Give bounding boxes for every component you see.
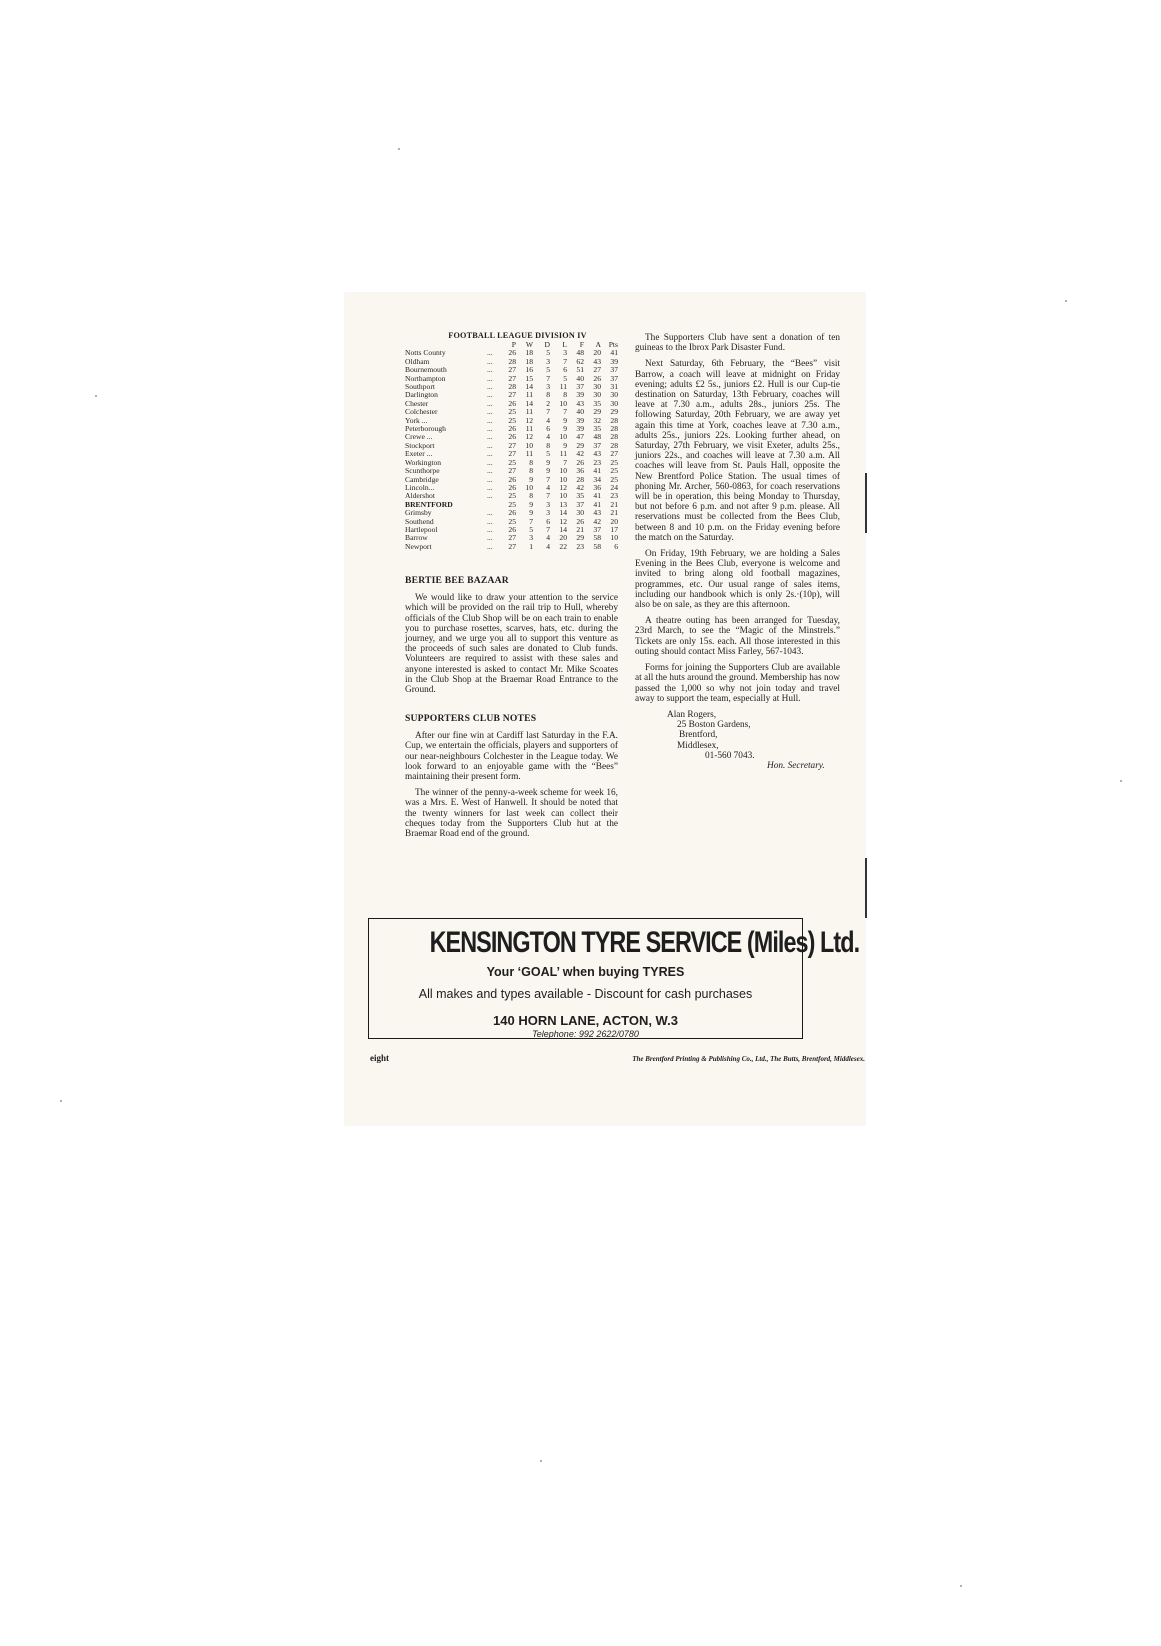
signature-name: Alan Rogers,: [635, 710, 840, 720]
paragraph: A theatre outing has been arranged for T…: [635, 616, 840, 657]
left-column: FOOTBALL LEAGUE DIVISION IV P W D L F A …: [405, 331, 618, 845]
signature-address: Middlesex,: [635, 741, 840, 751]
paragraph: Forms for joining the Supporters Club ar…: [635, 663, 840, 704]
signature-title: Hon. Secretary.: [635, 761, 840, 771]
paragraph: The winner of the penny-a-week scheme fo…: [405, 788, 618, 839]
stat-f: 23: [567, 543, 584, 551]
right-column: The Supporters Club have sent a donation…: [635, 333, 840, 771]
staple-mark: [865, 473, 867, 533]
section-heading: SUPPORTERS CLUB NOTES: [405, 713, 618, 724]
team-name: Newport: [405, 543, 487, 551]
advert-title: KENSINGTON TYRE SERVICE (Miles) Ltd.: [430, 927, 860, 959]
page-number: eight: [370, 1053, 389, 1063]
bertie-bee-bazaar-section: BERTIE BEE BAZAAR We would like to draw …: [405, 575, 618, 695]
league-table-title: FOOTBALL LEAGUE DIVISION IV: [417, 331, 618, 340]
stat-d: 4: [533, 543, 550, 551]
printer-imprint: The Brentford Printing & Publishing Co.,…: [632, 1055, 865, 1063]
stat-p: 27: [499, 543, 516, 551]
stat-a: 58: [584, 543, 601, 551]
stat-l: 22: [550, 543, 567, 551]
paragraph: After our fine win at Cardiff last Satur…: [405, 731, 618, 782]
stat-pts: 6: [601, 543, 618, 551]
advert-address: 140 HORN LANE, ACTON, W.3: [369, 1013, 802, 1028]
leader-dots: ...: [487, 543, 499, 551]
staple-mark: [865, 858, 867, 918]
signature-address: 25 Boston Gardens,: [635, 720, 840, 730]
leader-dots: ...: [487, 492, 499, 500]
programme-page: FOOTBALL LEAGUE DIVISION IV P W D L F A …: [345, 293, 865, 1125]
advert-telephone: Telephone: 992 2622/0780: [369, 1029, 802, 1039]
league-table: P W D L F A Pts Notts County...261853482…: [405, 341, 618, 551]
supporters-club-notes-section: SUPPORTERS CLUB NOTES After our fine win…: [405, 713, 618, 839]
section-heading: BERTIE BEE BAZAAR: [405, 575, 618, 586]
paragraph: The Supporters Club have sent a donation…: [635, 333, 840, 353]
signature-block: Alan Rogers, 25 Boston Gardens, Brentfor…: [635, 710, 840, 771]
tyre-service-advert: KENSINGTON TYRE SERVICE (Miles) Ltd. You…: [368, 918, 803, 1039]
league-table-row: Newport...27142223586: [405, 543, 618, 551]
stat-w: 1: [516, 543, 533, 551]
paragraph: Next Saturday, 6th February, the “Bees” …: [635, 359, 840, 543]
paragraph: We would like to draw your attention to …: [405, 593, 618, 695]
league-table-body: Notts County...261853482041Oldham...2818…: [405, 349, 618, 551]
advert-tagline: Your ‘GOAL’ when buying TYRES: [369, 965, 802, 979]
advert-makes: All makes and types available - Discount…: [369, 987, 802, 1001]
paragraph: On Friday, 19th February, we are holding…: [635, 549, 840, 610]
signature-phone: 01-560 7043.: [635, 751, 840, 761]
signature-address: Brentford,: [635, 730, 840, 740]
